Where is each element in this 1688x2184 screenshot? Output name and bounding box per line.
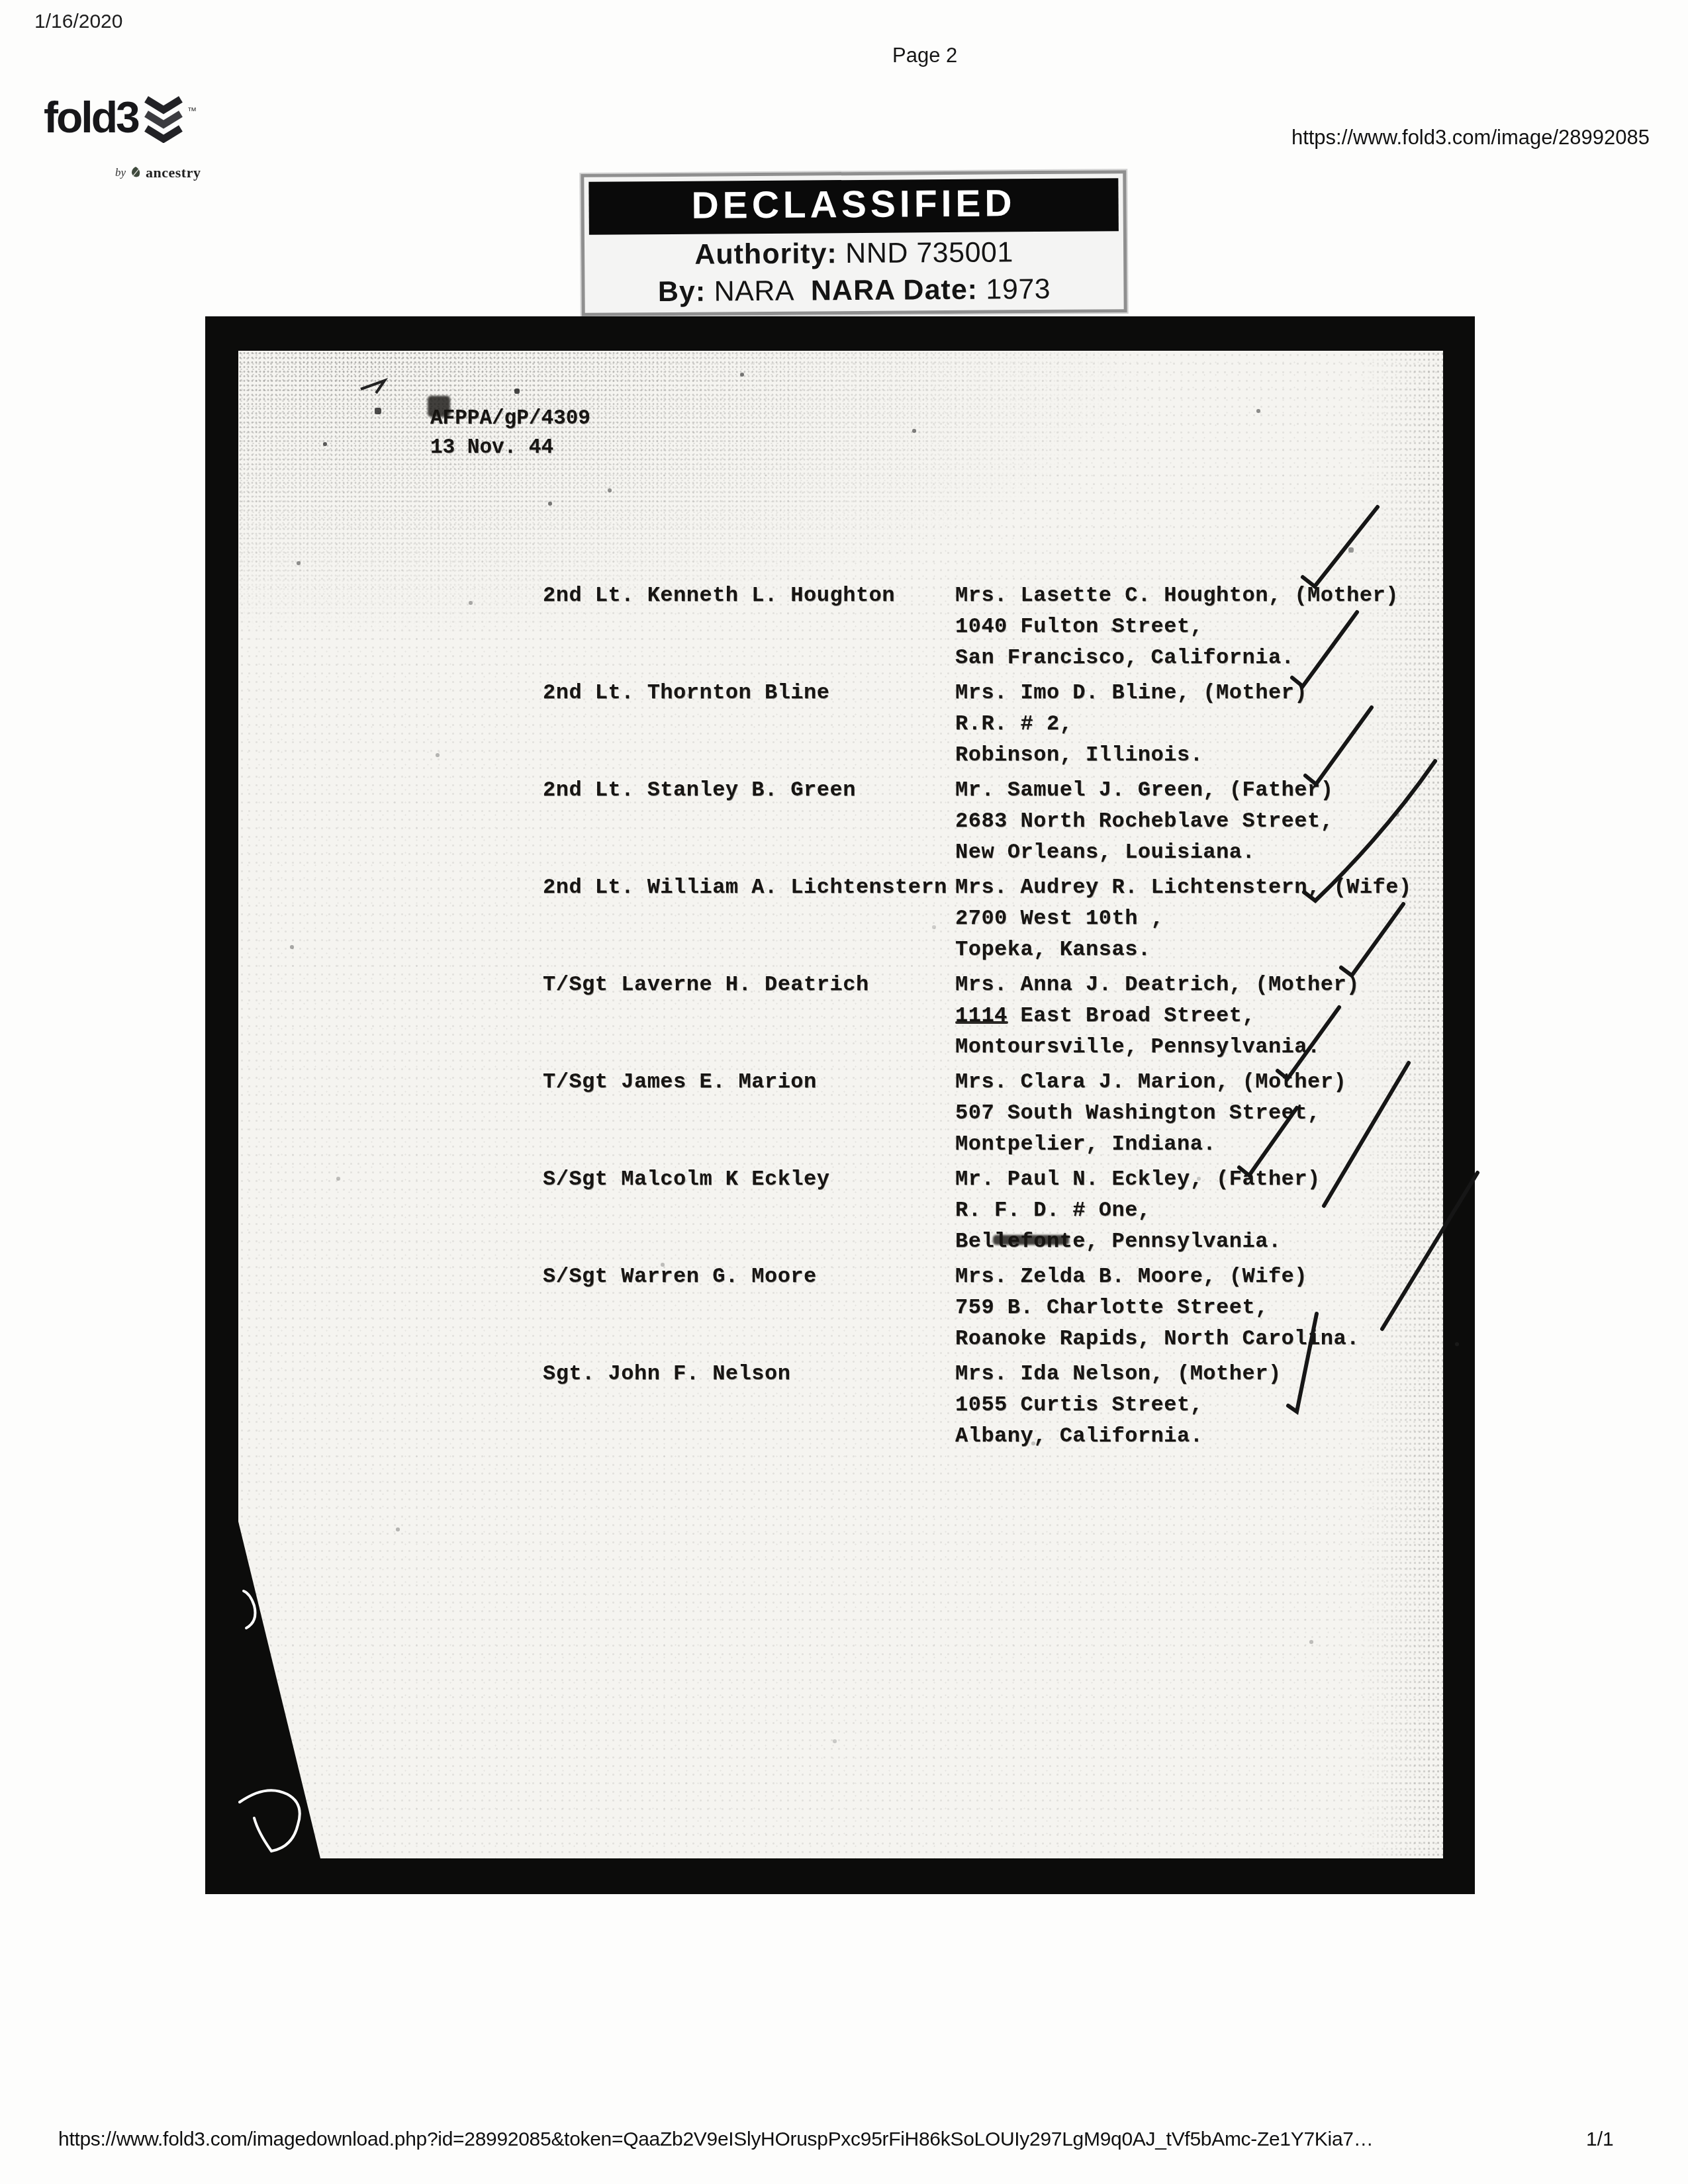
authority-label: Authority: [694,238,837,271]
next-of-kin: Mrs. Lasette C. Houghton, (Mother) [955,580,1399,611]
table-row: 2nd Lt. Kenneth L. Houghton Mrs. Lasette… [543,580,1412,673]
next-of-kin: Mrs. Zelda B. Moore, (Wife) [955,1261,1360,1292]
declassified-stamp: DECLASSIFIED Authority: NND 735001 By: N… [581,170,1127,316]
casualty-next-of-kin-list: 2nd Lt. Kenneth L. Houghton Mrs. Lasette… [543,580,1412,1455]
next-of-kin: Mrs. Audrey R. Lichtenstern, (Wife) [955,872,1412,903]
address-line: New Orleans, Louisiana. [955,837,1333,868]
source-url: https://www.fold3.com/image/28992085 [1291,126,1650,150]
ink-smudge [993,1235,1069,1245]
address-line: 1114 East Broad Street, [955,1000,1360,1031]
service-member-name: T/Sgt Laverne H. Deatrich [543,969,955,1062]
table-row: S/Sgt Warren G. Moore Mrs. Zelda B. Moor… [543,1261,1412,1354]
authority-line: Authority: NND 735001 [589,236,1119,272]
trademark-symbol: ™ [187,105,197,116]
nara-date-label: NARA Date: [811,273,978,306]
table-row: S/Sgt Malcolm K Eckley Mr. Paul N. Eckle… [543,1163,1412,1257]
address-line: Montpelier, Indiana. [955,1128,1346,1160]
table-row: 2nd Lt. William A. Lichtenstern Mrs. Aud… [543,872,1412,965]
table-row: 2nd Lt. Stanley B. Green Mr. Samuel J. G… [543,774,1412,868]
address-line: Robinson, Illinois. [955,739,1307,770]
address-line: Topeka, Kansas. [955,934,1412,965]
fold3-chevrons-icon [144,95,186,143]
page-number-label: Page 2 [892,44,957,68]
next-of-kin: Mrs. Anna J. Deatrich, (Mother) [955,969,1360,1000]
address-line: R. F. D. # One, [955,1195,1321,1226]
next-of-kin: Mrs. Imo D. Bline, (Mother) [955,677,1307,708]
scan-edge-wedge [238,1522,321,1861]
nara-date-value: 1973 [986,273,1051,306]
address-line: 507 South Washington Street, [955,1097,1346,1128]
address-line: R.R. # 2, [955,708,1307,739]
service-member-name: 2nd Lt. Thornton Bline [543,677,955,770]
ink-smudge [428,396,450,417]
next-of-kin: Mr. Paul N. Eckley, (Father) [955,1163,1321,1195]
service-member-name: 2nd Lt. Kenneth L. Houghton [543,580,955,673]
authority-value: NND 735001 [845,236,1013,269]
byline-prefix: by [115,166,126,179]
next-of-kin: Mrs. Clara J. Marion, (Mother) [955,1066,1346,1097]
byline-brand: ancestry [146,164,201,181]
address-line: 1055 Curtis Street, [955,1389,1282,1420]
page-indicator: 1/1 [1586,2128,1614,2151]
next-of-kin: Mr. Samuel J. Green, (Father) [955,774,1333,805]
document-reference: AFPPA/gP/4309 13 Nov. 44 [430,404,590,463]
fold3-logo-text: fold3 [44,95,138,139]
table-row: Sgt. John F. Nelson Mrs. Ida Nelson, (Mo… [543,1358,1412,1451]
by-date-line: By: NARA NARA Date: 1973 [589,273,1119,309]
ancestry-leaf-icon [129,166,142,179]
service-member-name: 2nd Lt. William A. Lichtenstern [543,872,955,965]
address-line: San Francisco, California. [955,642,1399,673]
address-line: 2683 North Rocheblave Street, [955,805,1333,837]
service-member-name: 2nd Lt. Stanley B. Green [543,774,955,868]
address-line: Montoursville, Pennsylvania. [955,1031,1360,1062]
service-member-name: S/Sgt Warren G. Moore [543,1261,955,1354]
service-member-name: Sgt. John F. Nelson [543,1358,955,1451]
by-value: NARA [714,275,794,307]
address-line: Roanoke Rapids, North Carolina. [955,1323,1360,1354]
scan-flecks [238,351,240,352]
address-line: 759 B. Charlotte Street, [955,1292,1360,1323]
by-ancestry-byline: by ancestry [115,164,201,181]
address-line: 2700 West 10th , [955,903,1412,934]
underline-mark [955,1021,1008,1024]
print-date: 1/16/2020 [34,11,122,33]
address-line: Albany, California. [955,1420,1282,1451]
download-url: https://www.fold3.com/imagedownload.php?… [58,2128,1373,2151]
document-paper: AFPPA/gP/4309 13 Nov. 44 2nd Lt. Kenneth… [238,351,1443,1858]
service-member-name: T/Sgt James E. Marion [543,1066,955,1160]
printed-fold3-document-page: { "header": { "print_date": "1/16/2020",… [0,0,1688,2184]
address-line: 1040 Fulton Street, [955,611,1399,642]
table-row: 2nd Lt. Thornton Bline Mrs. Imo D. Bline… [543,677,1412,770]
next-of-kin: Mrs. Ida Nelson, (Mother) [955,1358,1282,1389]
by-label: By: [658,275,706,308]
scanned-document-frame: AFPPA/gP/4309 13 Nov. 44 2nd Lt. Kenneth… [205,316,1475,1894]
service-member-name: S/Sgt Malcolm K Eckley [543,1163,955,1257]
table-row: T/Sgt Laverne H. Deatrich Mrs. Anna J. D… [543,969,1412,1062]
declassified-banner: DECLASSIFIED [588,178,1119,234]
table-row: T/Sgt James E. Marion Mrs. Clara J. Mari… [543,1066,1412,1160]
fold3-logo: fold3 ™ [44,91,197,143]
